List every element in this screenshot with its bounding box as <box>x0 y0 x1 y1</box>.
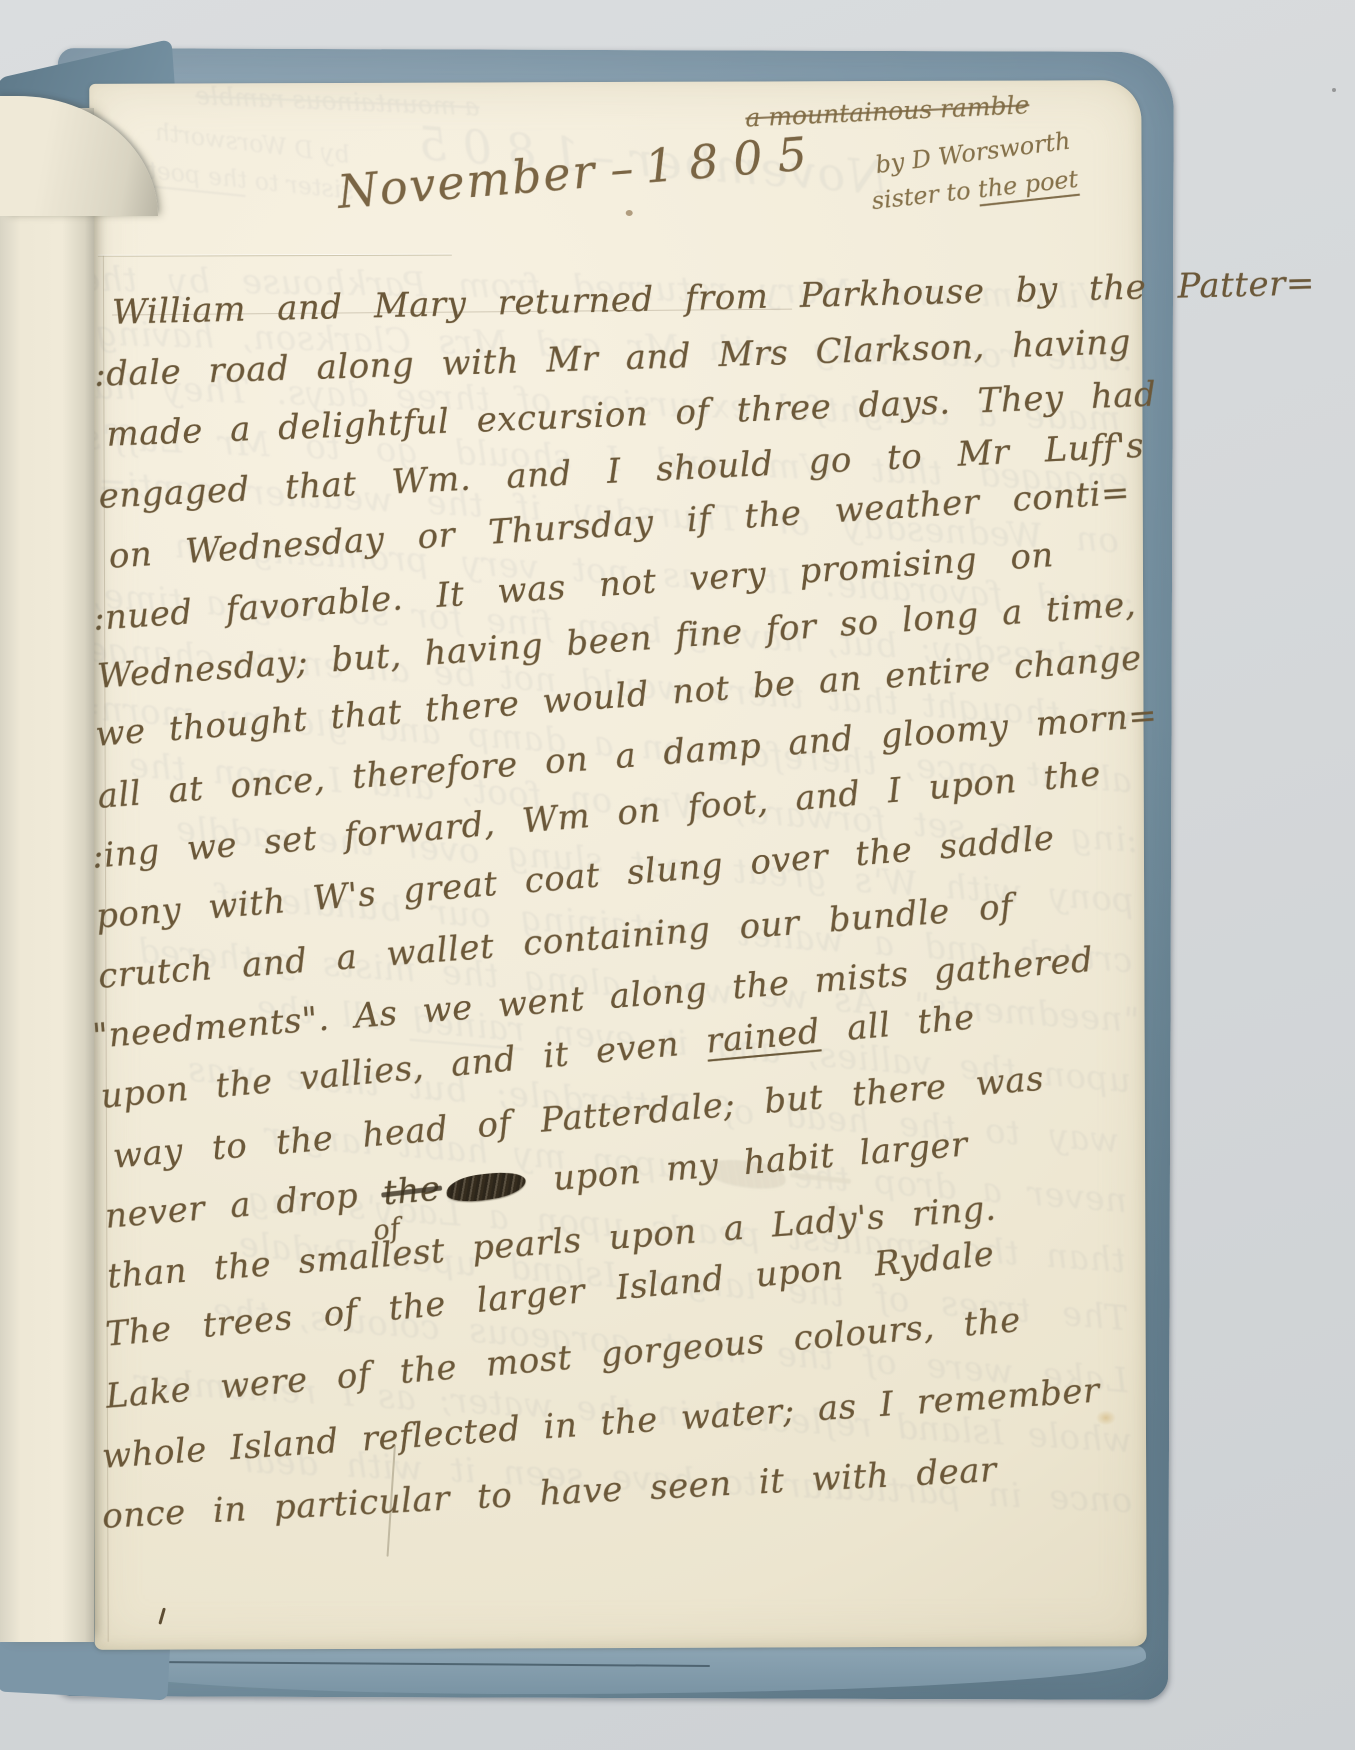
struck-word: the <box>382 1169 442 1214</box>
text-run: never a drop <box>104 1174 385 1237</box>
dust-speck <box>1332 88 1336 92</box>
date-heading: November–1805 <box>336 129 824 215</box>
annotation-title: a mountainous ramble <box>745 92 1030 130</box>
text-run: William and Mary returned from Parkhouse… <box>112 263 1316 332</box>
annotation-byline2-pre: sister to <box>870 176 979 215</box>
ink-layer: November–1805 a mountainous ramble by D … <box>89 80 1146 1650</box>
date-dash: – <box>608 141 637 197</box>
book-page-block-edge <box>0 108 94 1642</box>
manuscript-line: William and Mary returned from Parkhouse… <box>112 266 1316 329</box>
manuscript-scan: November–1805 a mountainous ramble by D … <box>0 0 1355 1750</box>
manuscript-page: November–1805 a mountainous ramble by D … <box>89 80 1146 1650</box>
ink-blot <box>445 1168 528 1205</box>
underlined-word: rained <box>704 1011 821 1061</box>
text-run: all the <box>818 997 976 1051</box>
date-month: November <box>335 144 598 219</box>
annotation-byline2-underlined: the poet <box>977 165 1080 204</box>
date-year: 1805 <box>643 125 824 193</box>
